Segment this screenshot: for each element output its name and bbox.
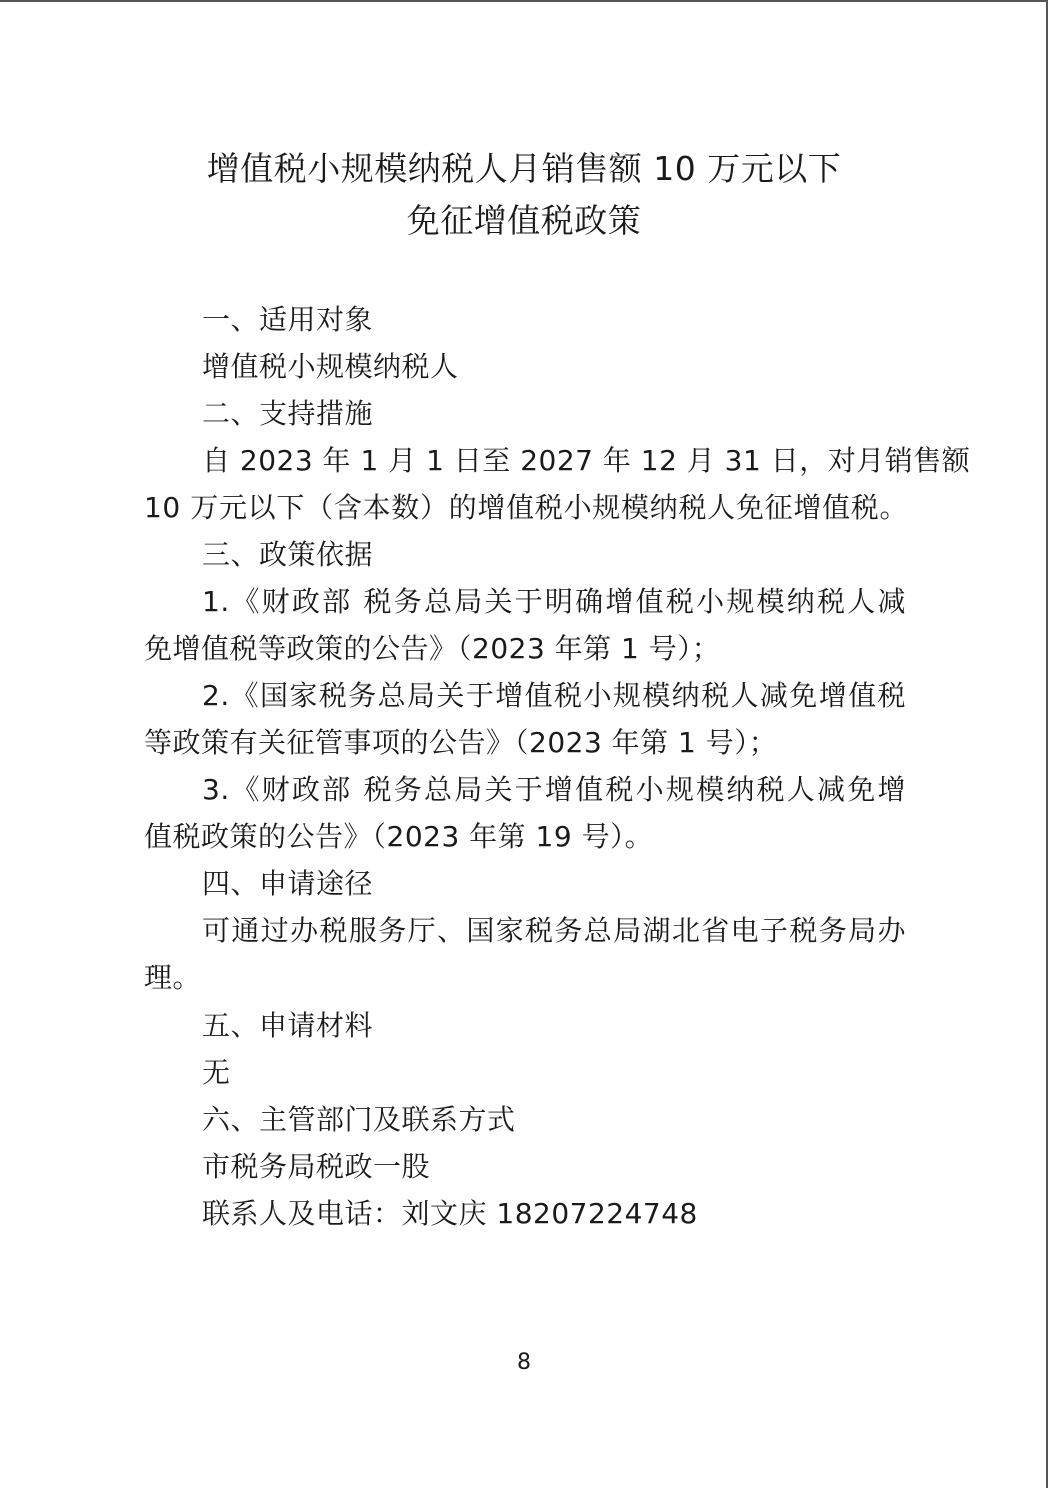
section-heading-application-channel: 四、申请途径 bbox=[202, 864, 373, 904]
page-number: 8 bbox=[0, 1348, 1048, 1378]
section-heading-policy-basis: 三、政策依据 bbox=[202, 535, 373, 575]
section-body-application-channel-line-2: 理。 bbox=[144, 958, 201, 998]
policy-basis-item-2-line-2: 等政策有关征管事项的公告》（2023 年第 1 号）； bbox=[144, 723, 777, 763]
section-heading-department-contact: 六、主管部门及联系方式 bbox=[202, 1100, 516, 1140]
section-body-application-materials: 无 bbox=[202, 1053, 231, 1093]
department-name: 市税务局税政一股 bbox=[202, 1147, 430, 1187]
page-border-top bbox=[0, 0, 1048, 2]
section-heading-applicable-subjects: 一、适用对象 bbox=[202, 300, 373, 340]
policy-basis-item-3-line-2: 值税政策的公告》（2023 年第 19 号）。 bbox=[144, 817, 653, 857]
section-heading-application-materials: 五、申请材料 bbox=[202, 1006, 373, 1046]
contact-person-phone: 联系人及电话：刘文庆 18207224748 bbox=[202, 1194, 698, 1234]
document-title-line-2: 免征增值税政策 bbox=[0, 198, 1048, 244]
policy-basis-item-3-line-1: 3.《财政部 税务总局关于增值税小规模纳税人减免增 bbox=[202, 770, 906, 810]
section-heading-support-measures: 二、支持措施 bbox=[202, 394, 373, 434]
section-body-support-measures-line-1: 自 2023 年 1 月 1 日至 2027 年 12 月 31 日，对月销售额 bbox=[202, 441, 906, 481]
policy-basis-item-1-line-2: 免增值税等政策的公告》（2023 年第 1 号）； bbox=[144, 629, 720, 669]
policy-basis-item-2-line-1: 2.《国家税务总局关于增值税小规模纳税人减免增值税 bbox=[202, 676, 906, 716]
policy-basis-item-1-line-1: 1.《财政部 税务总局关于明确增值税小规模纳税人减 bbox=[202, 582, 906, 622]
document-title-line-1: 增值税小规模纳税人月销售额 10 万元以下 bbox=[0, 146, 1048, 192]
section-body-application-channel-line-1: 可通过办税服务厅、国家税务总局湖北省电子税务局办 bbox=[202, 911, 906, 951]
section-body-support-measures-line-2: 10 万元以下（含本数）的增值税小规模纳税人免征增值税。 bbox=[144, 488, 908, 528]
section-body-applicable-subjects: 增值税小规模纳税人 bbox=[202, 347, 459, 387]
